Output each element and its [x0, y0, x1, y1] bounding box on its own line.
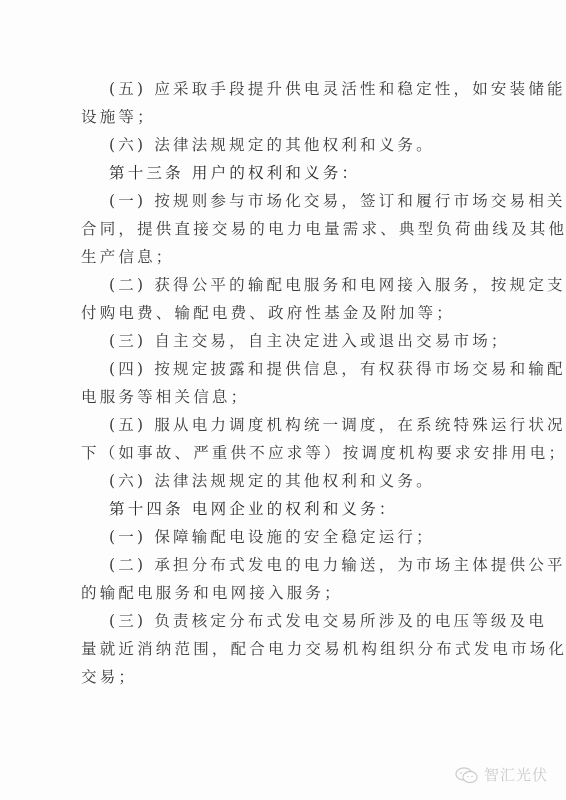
watermark: 智汇光伏 — [454, 764, 548, 785]
document-body: (五) 应采取手段提升供电灵活性和稳定性，如安装储能 设施等； (六) 法律法规… — [81, 75, 445, 691]
article-14-item-2-line-1: (二) 承担分布式发电的电力输送，为市场主体提供公平 — [81, 551, 445, 579]
article-14-item-2-line-2: 的输配电服务和电网接入服务； — [81, 579, 445, 607]
article-14-heading: 第十四条 电网企业的权利和义务： — [81, 495, 445, 523]
article-13-item-4-line-2: 电服务等相关信息； — [81, 383, 445, 411]
watermark-text: 智汇光伏 — [484, 764, 548, 785]
article-13-heading: 第十三条 用户的权利和义务： — [81, 159, 445, 187]
item-5-line-1: (五) 应采取手段提升供电灵活性和稳定性，如安装储能 — [81, 75, 445, 103]
article-13-item-1-line-1: (一) 按规则参与市场化交易，签订和履行市场交易相关 — [81, 187, 445, 215]
article-13-item-5-line-1: (五) 服从电力调度机构统一调度，在系统特殊运行状况 — [81, 411, 445, 439]
article-14-item-3-line-3: 交易； — [81, 663, 445, 691]
article-13-item-1-line-2: 合同，提供直接交易的电力电量需求、典型负荷曲线及其他 — [81, 215, 445, 243]
article-13-item-2-line-1: (二) 获得公平的输配电服务和电网接入服务，按规定支 — [81, 271, 445, 299]
item-6: (六) 法律法规规定的其他权利和义务。 — [81, 131, 445, 159]
article-13-item-2-line-2: 付购电费、输配电费、政府性基金及附加等； — [81, 299, 445, 327]
item-5-line-2: 设施等； — [81, 103, 445, 131]
article-13-item-3: (三) 自主交易，自主决定进入或退出交易市场； — [81, 327, 445, 355]
wechat-icon — [454, 766, 480, 784]
article-13-item-6: (六) 法律法规规定的其他权利和义务。 — [81, 467, 445, 495]
article-13-item-4-line-1: (四) 按规定披露和提供信息，有权获得市场交易和输配 — [81, 355, 445, 383]
article-13-item-1-line-3: 生产信息； — [81, 243, 445, 271]
article-14-item-3-line-2: 量就近消纳范围，配合电力交易机构组织分布式发电市场化 — [81, 635, 445, 663]
article-14-item-1: (一) 保障输配电设施的安全稳定运行； — [81, 523, 445, 551]
article-13-item-5-line-2: 下（如事故、严重供不应求等）按调度机构要求安排用电； — [81, 439, 445, 467]
article-14-item-3-line-1: (三) 负责核定分布式发电交易所涉及的电压等级及电 — [81, 607, 445, 635]
document-page: (五) 应采取手段提升供电灵活性和稳定性，如安装储能 设施等； (六) 法律法规… — [0, 0, 566, 800]
